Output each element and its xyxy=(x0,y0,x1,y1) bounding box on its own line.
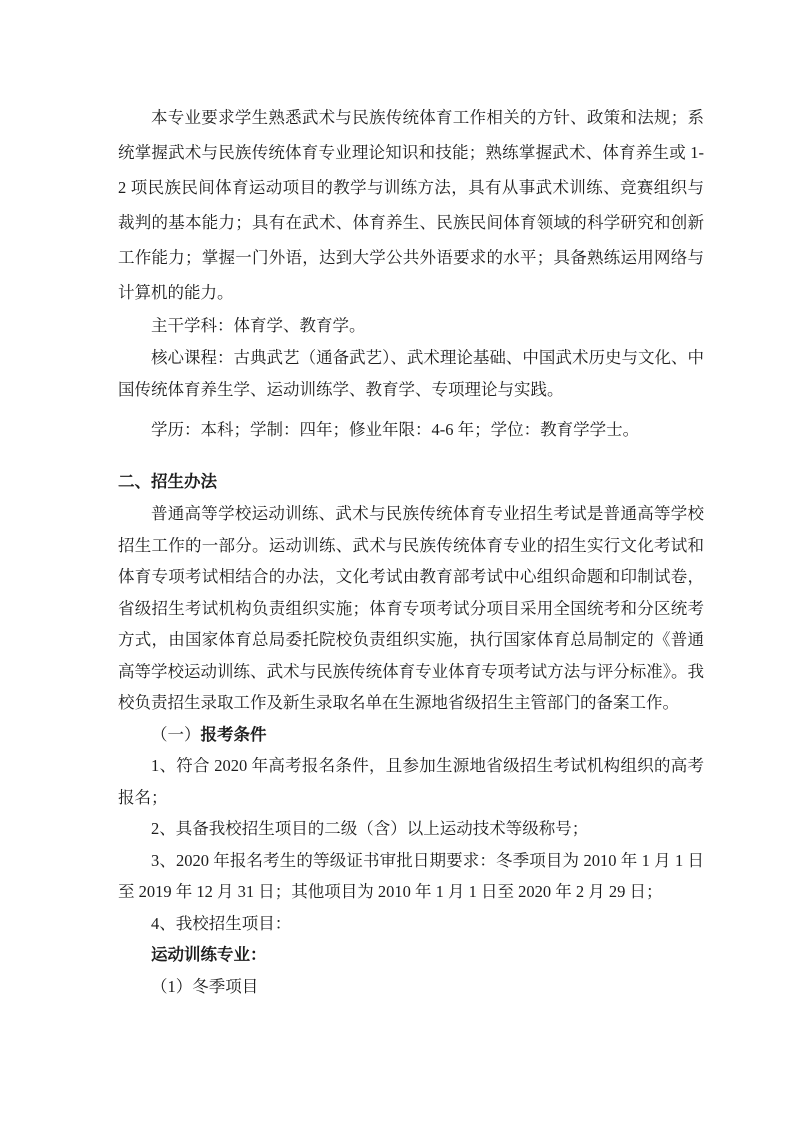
condition-item-2: 2、具备我校招生项目的二级（含）以上运动技术等级称号； xyxy=(118,813,704,845)
section-heading-enrollment-measures: 二、招生办法 xyxy=(118,466,704,498)
paragraph-main-disciplines: 主干学科：体育学、教育学。 xyxy=(118,310,704,342)
major-label-sport-training: 运动训练专业： xyxy=(118,939,704,971)
document-page: 本专业要求学生熟悉武术与民族传统体育工作相关的方针、政策和法规；系统掌握武术与民… xyxy=(0,0,800,1131)
paragraph-core-courses: 核心课程：古典武艺（通备武艺）、武术理论基础、中国武术历史与文化、中国传统体育养… xyxy=(118,342,704,406)
subsection-number: （一） xyxy=(151,725,201,744)
paragraph-degree-info: 学历：本科；学制：四年；修业年限：4-6 年；学位：教育学学士。 xyxy=(118,414,704,446)
subsection-heading-application-conditions: （一）报考条件 xyxy=(118,719,704,751)
document-body: 本专业要求学生熟悉武术与民族传统体育工作相关的方针、政策和法规；系统掌握武术与民… xyxy=(118,100,704,1002)
sub-item-winter-events: （1）冬季项目 xyxy=(118,971,704,1003)
condition-item-4: 4、我校招生项目： xyxy=(118,908,704,940)
paragraph-program-requirements: 本专业要求学生熟悉武术与民族传统体育工作相关的方针、政策和法规；系统掌握武术与民… xyxy=(118,100,704,310)
condition-item-3: 3、2020 年报名考生的等级证书审批日期要求：冬季项目为 2010 年 1 月… xyxy=(118,845,704,908)
condition-item-1: 1、符合 2020 年高考报名条件，且参加生源地省级招生考试机构组织的高考报名； xyxy=(118,750,704,813)
subsection-title: 报考条件 xyxy=(201,725,267,744)
paragraph-enrollment-overview: 普通高等学校运动训练、武术与民族传统体育专业招生考试是普通高等学校招生工作的一部… xyxy=(118,498,704,719)
